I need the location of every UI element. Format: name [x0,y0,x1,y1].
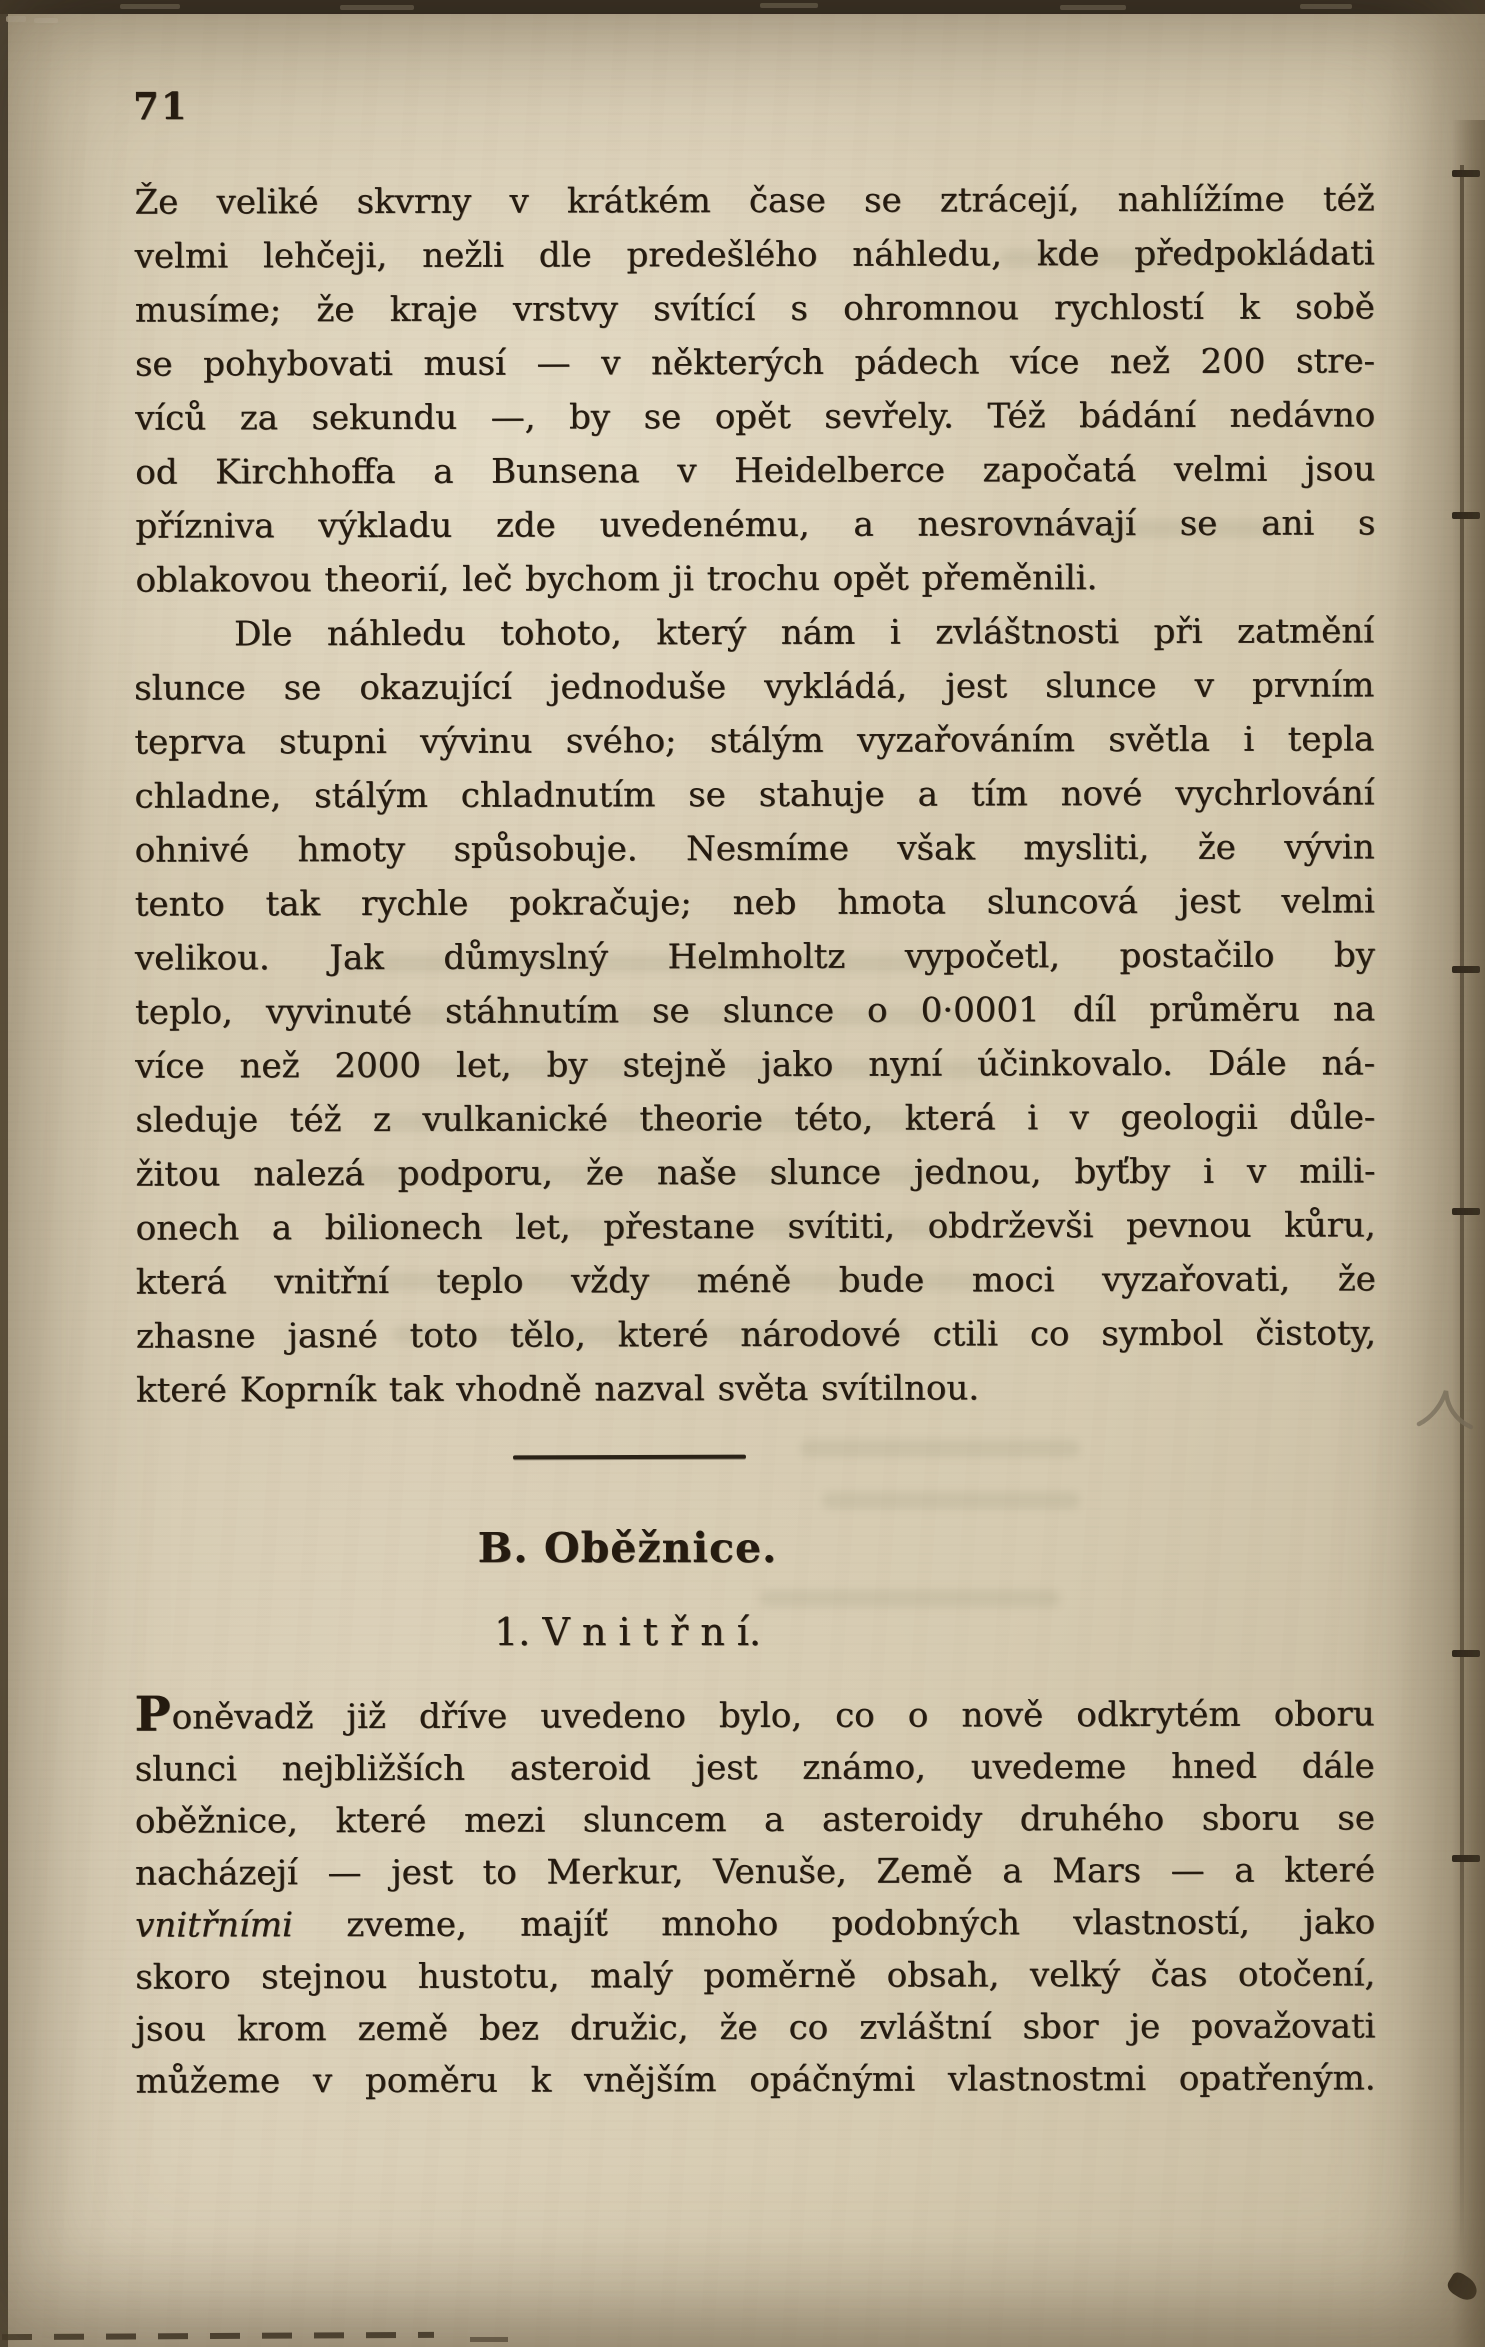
margin-mark [1452,966,1480,973]
text-line: teplo, vyvinuté stáhnutím se slunce o 0·… [135,982,1375,1039]
text-line: více než 2000 let, by stejně jako nyní ú… [135,1036,1375,1093]
text-line: žitou nalezá podporu, že naše slunce jed… [135,1144,1375,1201]
bleedthrough-mark [760,1590,1060,1607]
text-line: slunci nejbližších asteroid jest známo, … [135,1740,1375,1795]
text-line: tento tak rychle pokračuje; neb hmota sl… [135,874,1375,931]
text-line: oblakovou theorií, leč bychom ji trochu … [135,550,1375,607]
paragraph-a: Že veliké skvrny v krátkém čase se ztrác… [134,172,1375,607]
italic-word: vnitřními [135,1905,293,1945]
bleedthrough-mark [800,1440,1080,1457]
text-line: slunce se okazující jednoduše vykládá, j… [134,658,1374,715]
page-edge-line [1460,165,1464,2265]
text-line: onech a bilionech let, přestane svítiti,… [135,1198,1375,1255]
scan-edge-dash [470,2337,508,2342]
scan-edge-dash [1060,5,1126,10]
scan-edge-dash [1300,4,1352,9]
scan-edge-dash [120,4,180,9]
text-line: sleduje též z vulkanické theorie této, k… [135,1090,1375,1147]
text-line: velmi lehčeji, nežli dle predešlého náhl… [135,226,1375,283]
text-line: Že veliké skvrny v krátkém čase se ztrác… [134,172,1374,229]
section-heading-1: 1. V n i t ř n í. [135,1610,1120,1654]
text-line-rest: oněvadž již dříve uvedeno bylo, co o nov… [172,1694,1375,1737]
text-line: velikou. Jak důmyslný Helmholtz vypočetl… [135,928,1375,985]
text-line: vnitřními zveme, majíť mnoho podobných v… [135,1896,1375,1951]
scan-edge-dash [34,18,58,23]
text-line: se pohybovati musí — v některých pádech … [135,334,1375,391]
paragraph-c: Poněvadž již dříve uvedeno bylo, co o no… [134,1688,1375,2107]
margin-mark [1452,512,1480,519]
paragraph-b: Dle náhledu tohoto, který nám i zvláštno… [134,604,1376,1417]
text-line: Poněvadž již dříve uvedeno bylo, co o no… [134,1688,1374,1743]
text-line: které Koprník tak vhodně nazval světa sv… [136,1360,1376,1417]
page-number: 71 [133,84,189,128]
lead-capital: P [134,1687,171,1743]
text-line: můžeme v poměru k vnějším opáčnými vlast… [135,2052,1375,2107]
text-line: skoro stejnou hustotu, malý poměrně obsa… [135,1948,1375,2003]
margin-mark [1452,1650,1480,1657]
page-edge-shadow [1452,120,1485,2347]
scan-top-edge [0,0,1485,14]
text-line: která vnitřní teplo vždy méně bude moci … [136,1252,1376,1309]
text-line: oběžnice, které mezi sluncem a asteroidy… [135,1792,1375,1847]
text-line-rest: zveme, majíť mnoho podobných vlastností,… [293,1902,1375,1945]
scanned-book-page: { "page": { "number": "71" }, "para_a": … [0,0,1485,2347]
margin-mark [1452,170,1480,177]
text-line: ohnivé hmoty spůsobuje. Nesmíme však mys… [135,820,1375,877]
scan-edge-dash [340,5,414,10]
section-divider [513,1455,746,1460]
text-line: musíme; že kraje vrstvy svítící s ohromn… [135,280,1375,337]
text-line: víců za sekundu —, by se opět sevřely. T… [135,388,1375,445]
bleedthrough-mark [822,1492,1080,1509]
margin-mark [1452,1855,1480,1862]
text-line: teprva stupni vývinu svého; stálým vyzař… [134,712,1374,769]
handwritten-mark [1413,1384,1477,1438]
text-line: nacházejí — jest to Merkur, Venuše, Země… [135,1844,1375,1899]
scan-edge-dash [760,3,818,8]
text-line: jsou krom země bez družic, že co zvláštn… [135,2000,1375,2055]
text-line: od Kirchhoffa a Bunsena v Heidelberce za… [135,442,1375,499]
section-heading-b: B. Oběžnice. [135,1524,1120,1572]
margin-mark [1452,1208,1480,1215]
scan-left-edge [0,0,8,2347]
text-line: zhasne jasné toto tělo, které národové c… [136,1306,1376,1363]
scan-edge-dash [6,16,26,22]
text-line: přízniva výkladu zde uvedenému, a nesrov… [135,496,1375,553]
text-line: Dle náhledu tohoto, který nám i zvláštno… [134,604,1374,661]
text-line: chladne, stálým chladnutím se stahuje a … [134,766,1374,823]
